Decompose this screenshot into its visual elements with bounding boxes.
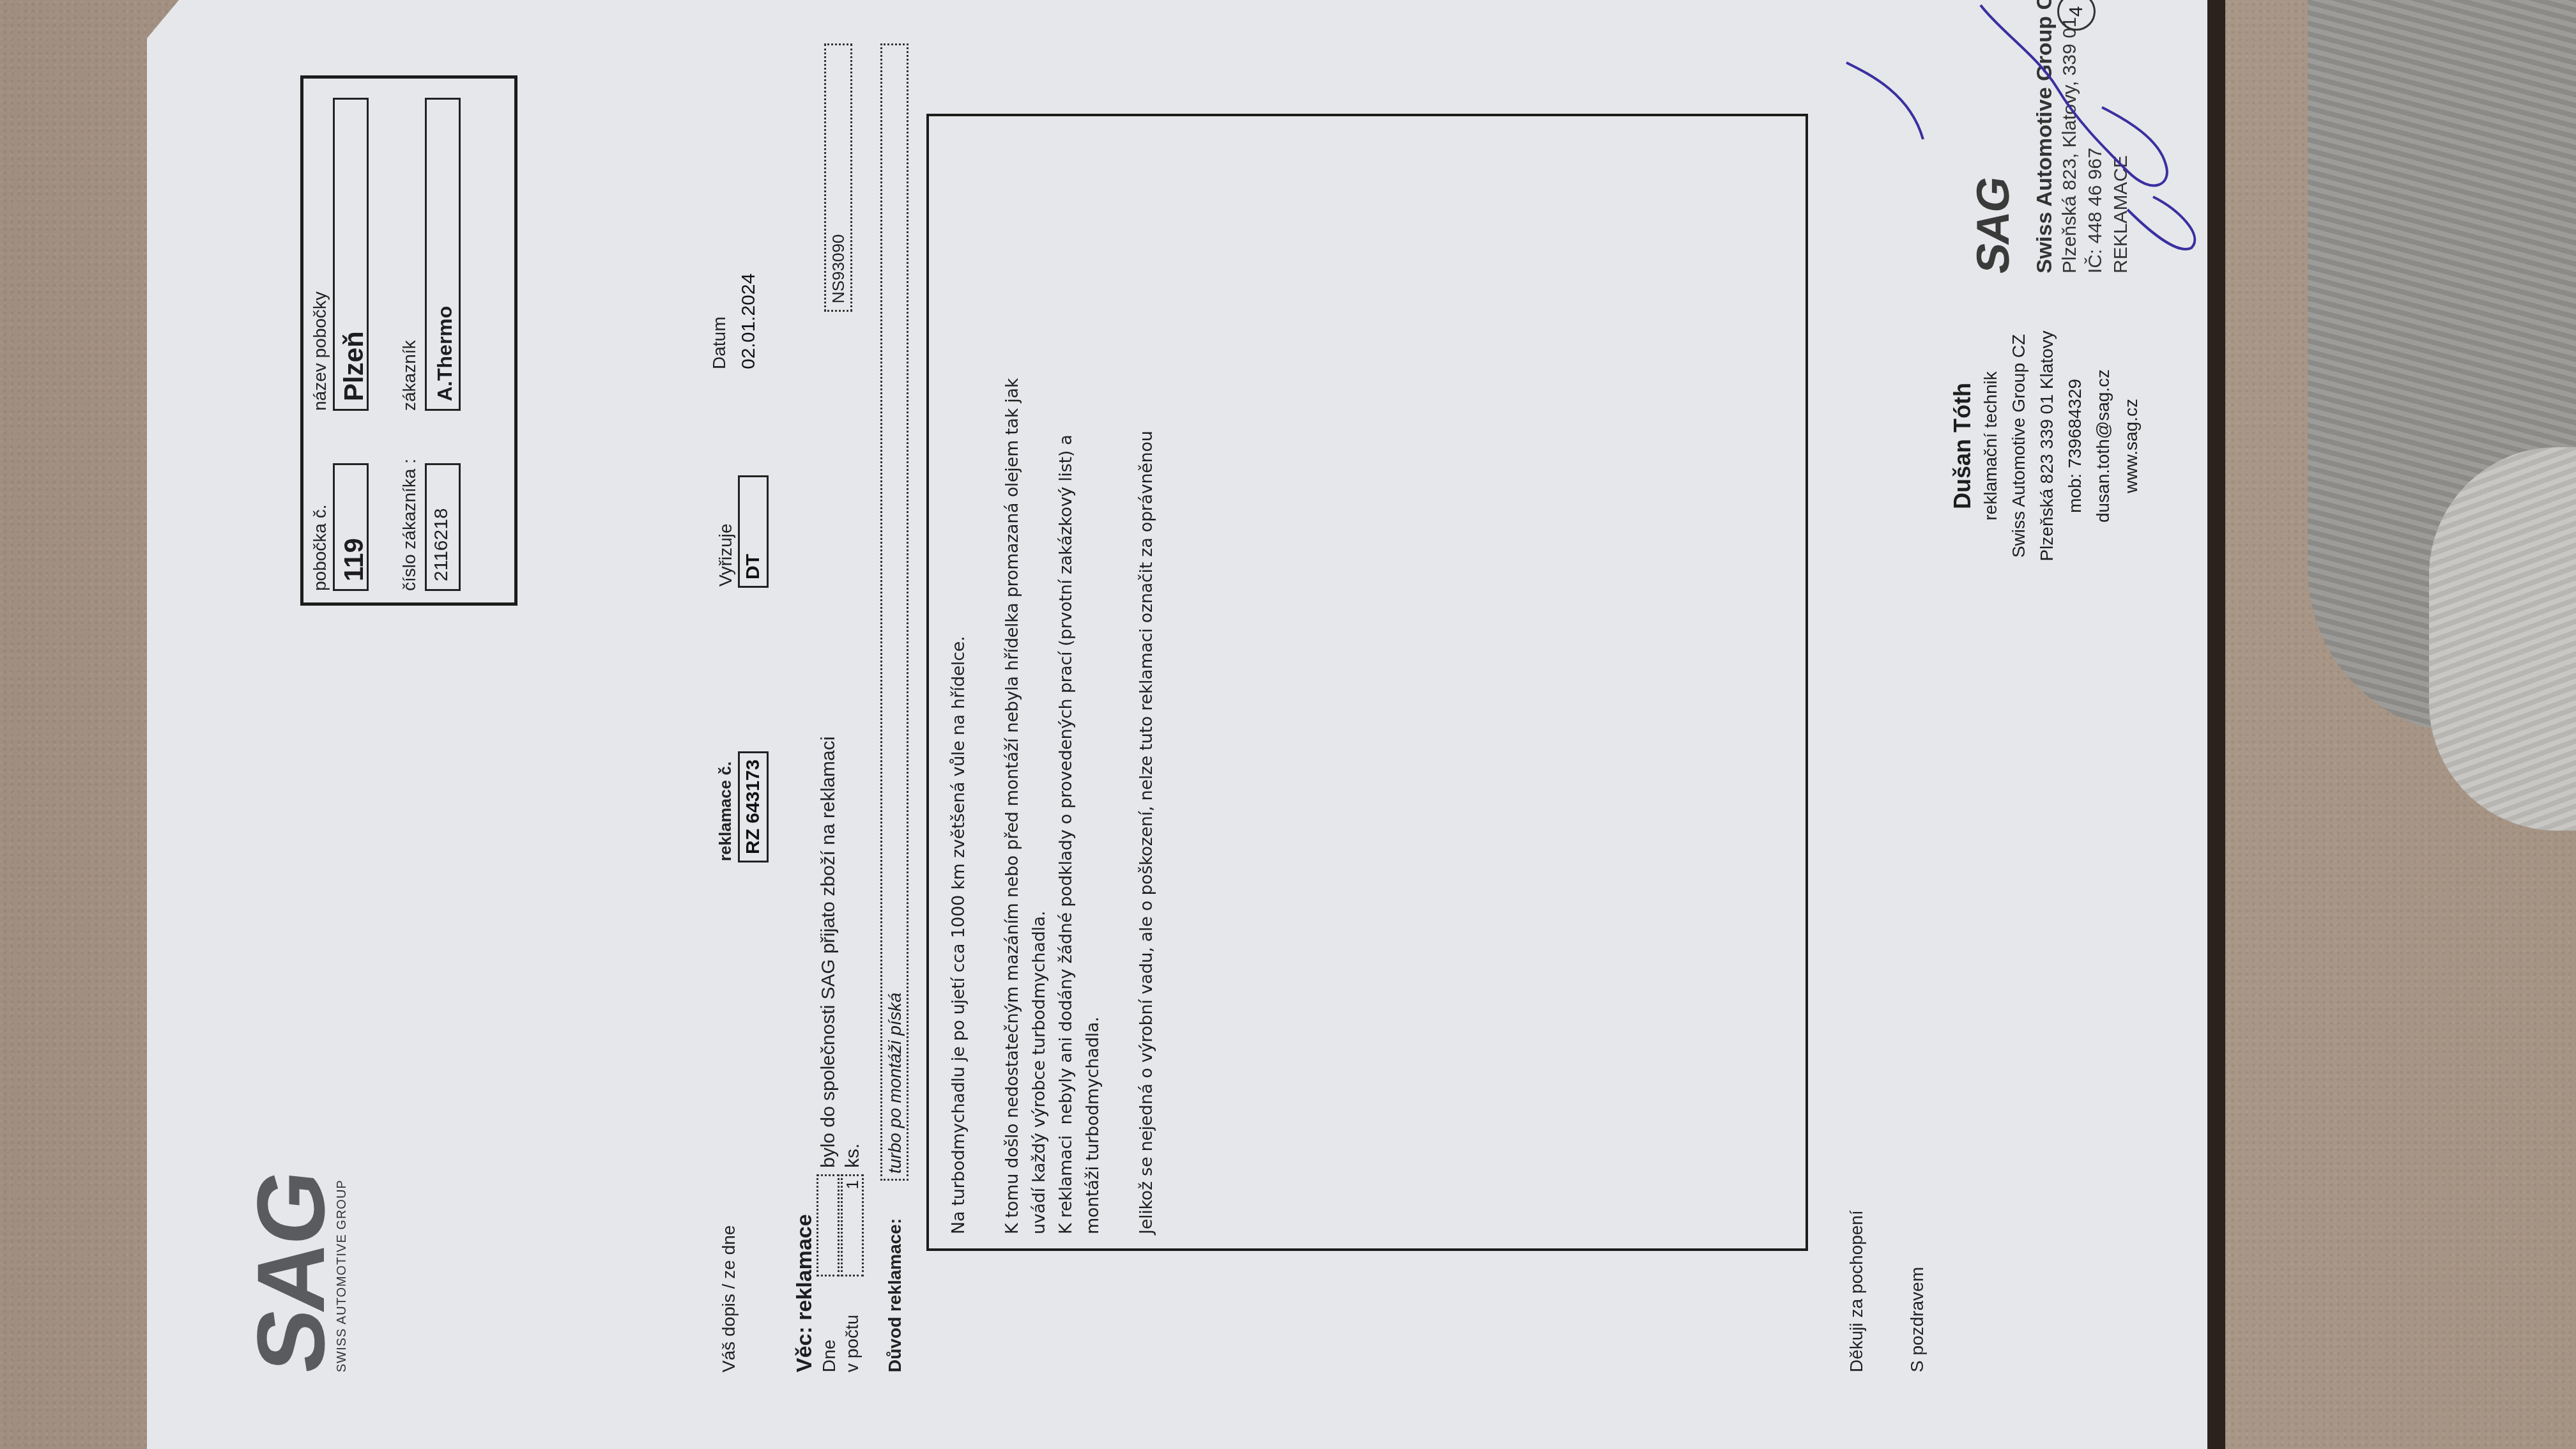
claim-no-field: RZ 643173 <box>738 751 769 862</box>
customer-no-field: 2116218 <box>425 463 461 591</box>
device-edge <box>2207 0 2225 1449</box>
paragraph-2-line-4: montáži turbodmychadla. <box>1080 378 1107 1234</box>
claim-statement-box: Na turbodmychadlu je po ujetí cca 1000 k… <box>926 114 1808 1251</box>
reason-value: turbo po montáži píská <box>885 993 905 1174</box>
day-label: Dne <box>819 1340 839 1372</box>
signer-web: www.sag.cz <box>2117 267 2145 625</box>
customer-value: A.Thermo <box>433 306 456 401</box>
company-stamp-text: Swiss Automotive Group CZ s.r.o. Plzeňsk… <box>2032 0 2134 273</box>
signer-company: Swiss Automotive Group CZ <box>2005 267 2033 625</box>
branch-name-value: Plzeň <box>339 331 369 401</box>
customer-no-value: 2116218 <box>431 508 452 581</box>
reason-field: turbo po montáži píská <box>880 43 908 1181</box>
logo-mark: SAG <box>243 1167 339 1377</box>
branch-no-label: pobočka č. <box>310 505 330 591</box>
closing-thanks: Děkuji za pochopení <box>1846 1210 1867 1372</box>
customer-no-label: číslo zákazníka : <box>399 459 420 591</box>
paragraph-3-line-1: Jelikož se nejedná o výrobní vadu, ale o… <box>1133 378 1160 1234</box>
cloth-background-2 <box>2429 447 2576 831</box>
company-logo: SAG SWISS AUTOMOTIVE GROUP <box>243 1172 349 1372</box>
page-number: 4 <box>2066 6 2087 17</box>
branch-customer-box: pobočka č. 119 název pobočky Plzeň číslo… <box>300 75 517 606</box>
count-label: v počtu <box>842 1315 862 1372</box>
count-value: 1 <box>843 1180 862 1189</box>
claim-no-value: RZ 643173 <box>742 760 763 854</box>
date-value: 02.01.2024 <box>738 273 760 369</box>
signer-email: dusan.toth@sag.cz <box>2089 267 2117 625</box>
subject-heading: Věc: reklamace <box>792 1214 817 1372</box>
branch-no-field: 119 <box>333 463 369 591</box>
signer-address: Plzeňská 823 339 01 Klatovy <box>2033 267 2061 625</box>
claim-no-label: reklamace č. <box>716 762 735 861</box>
signer-mobile: mob: 739684329 <box>2061 267 2089 625</box>
day-field <box>816 1174 839 1276</box>
date-label: Datum <box>709 317 730 369</box>
closing-regards: S pozdravem <box>1907 1267 1928 1372</box>
claim-statement-text: Na turbodmychadlu je po ujetí cca 1000 k… <box>946 378 1160 1234</box>
your-letter-label: Váš dopis / ze dne <box>719 1225 739 1372</box>
paragraph-1-line-1: Na turbodmychadlu je po ujetí cca 1000 k… <box>946 378 972 1234</box>
document-page: SAG SWISS AUTOMOTIVE GROUP pobočka č. 11… <box>147 0 2207 1449</box>
branch-name-field: Plzeň <box>333 98 369 411</box>
handled-by-value: DT <box>742 554 763 579</box>
count-field: 1 <box>841 1174 864 1276</box>
stamp-ico: IČ: 448 46 967 <box>2083 0 2108 273</box>
part-code-field: NS93090 <box>824 43 852 312</box>
stamp-address: Plzeňská 823, Klatovy, 339 01 <box>2057 0 2083 273</box>
paragraph-2-line-3: K reklamaci nebyly ani dodány žádné podk… <box>1053 378 1080 1234</box>
unit-text: ks. <box>842 1144 864 1168</box>
reason-label: Důvod reklamace: <box>885 1218 905 1372</box>
paragraph-2-line-2: uvádí každý výrobce turbodmychadla. <box>1026 378 1053 1234</box>
paper-sheet: SAG SWISS AUTOMOTIVE GROUP pobočka č. 11… <box>147 0 2207 1449</box>
company-stamp: SAG <box>1981 178 2016 273</box>
paragraph-2-line-1: K tomu došlo nedostatečným mazáním nebo … <box>999 378 1026 1234</box>
stamp-dept: REKLAMACE <box>2108 0 2134 273</box>
signature-block: Dušan Tóth reklamační technik Swiss Auto… <box>1949 267 2145 625</box>
branch-name-label: název pobočky <box>310 291 330 411</box>
branch-no-value: 119 <box>339 538 369 581</box>
stamp-company: Swiss Automotive Group CZ s.r.o. <box>2032 0 2057 273</box>
part-code-value: NS93090 <box>829 234 848 303</box>
handled-by-field: DT <box>738 475 769 588</box>
signer-name: Dušan Tóth <box>1949 267 1977 625</box>
stamp-logo: SAG <box>1981 176 2006 275</box>
customer-label: zákazník <box>399 341 420 411</box>
handled-by-label: Vyřizuje <box>716 523 736 586</box>
received-text: bylo do společnosti SAG přijato zboží na… <box>818 737 839 1168</box>
signer-role: reklamační technik <box>1977 267 2005 625</box>
customer-field: A.Thermo <box>425 98 461 411</box>
